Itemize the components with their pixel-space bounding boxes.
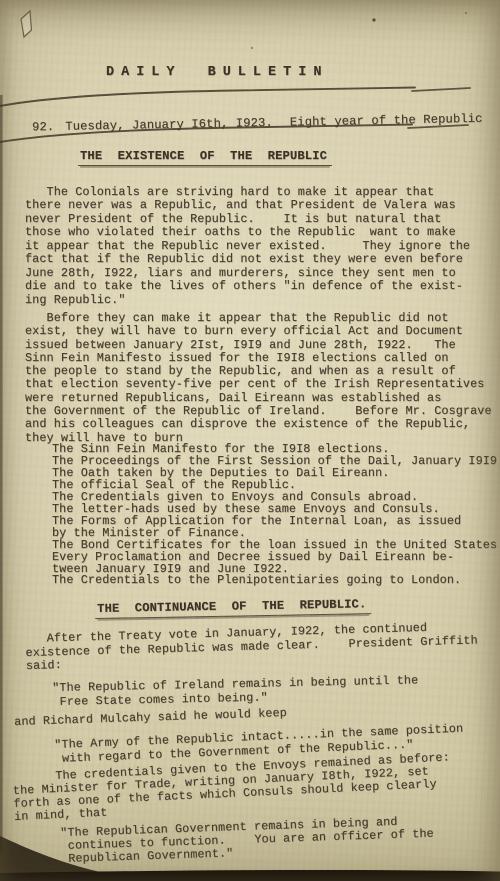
date-text: Tuesday, January I6th, I923.	[65, 116, 273, 134]
masthead-title: DAILY BULLETIN	[106, 66, 328, 79]
issue-number: 92.	[32, 120, 55, 134]
rule-top-right-segment	[412, 88, 470, 91]
ink-speck	[251, 47, 253, 49]
edition-note: Eight year of the Republic	[290, 112, 483, 130]
scan-edge-left	[0, 95, 3, 855]
ink-speck	[372, 18, 375, 21]
burn-list: The Sinn Fein Manifesto for the I9I8 ele…	[52, 444, 497, 587]
paragraph-burn-documents: Before they can make it appear that the …	[25, 312, 492, 445]
ink-speck	[465, 12, 467, 14]
paragraph-colonials: The Colonials are striving hard to make …	[25, 186, 470, 307]
section-heading-existence: THE EXISTENCE OF THE REPUBLIC	[78, 150, 332, 166]
bulletin-page: DAILY BULLETIN 92.Tuesday, January I6th,…	[0, 0, 500, 881]
paperclip-mark-icon	[21, 11, 32, 37]
